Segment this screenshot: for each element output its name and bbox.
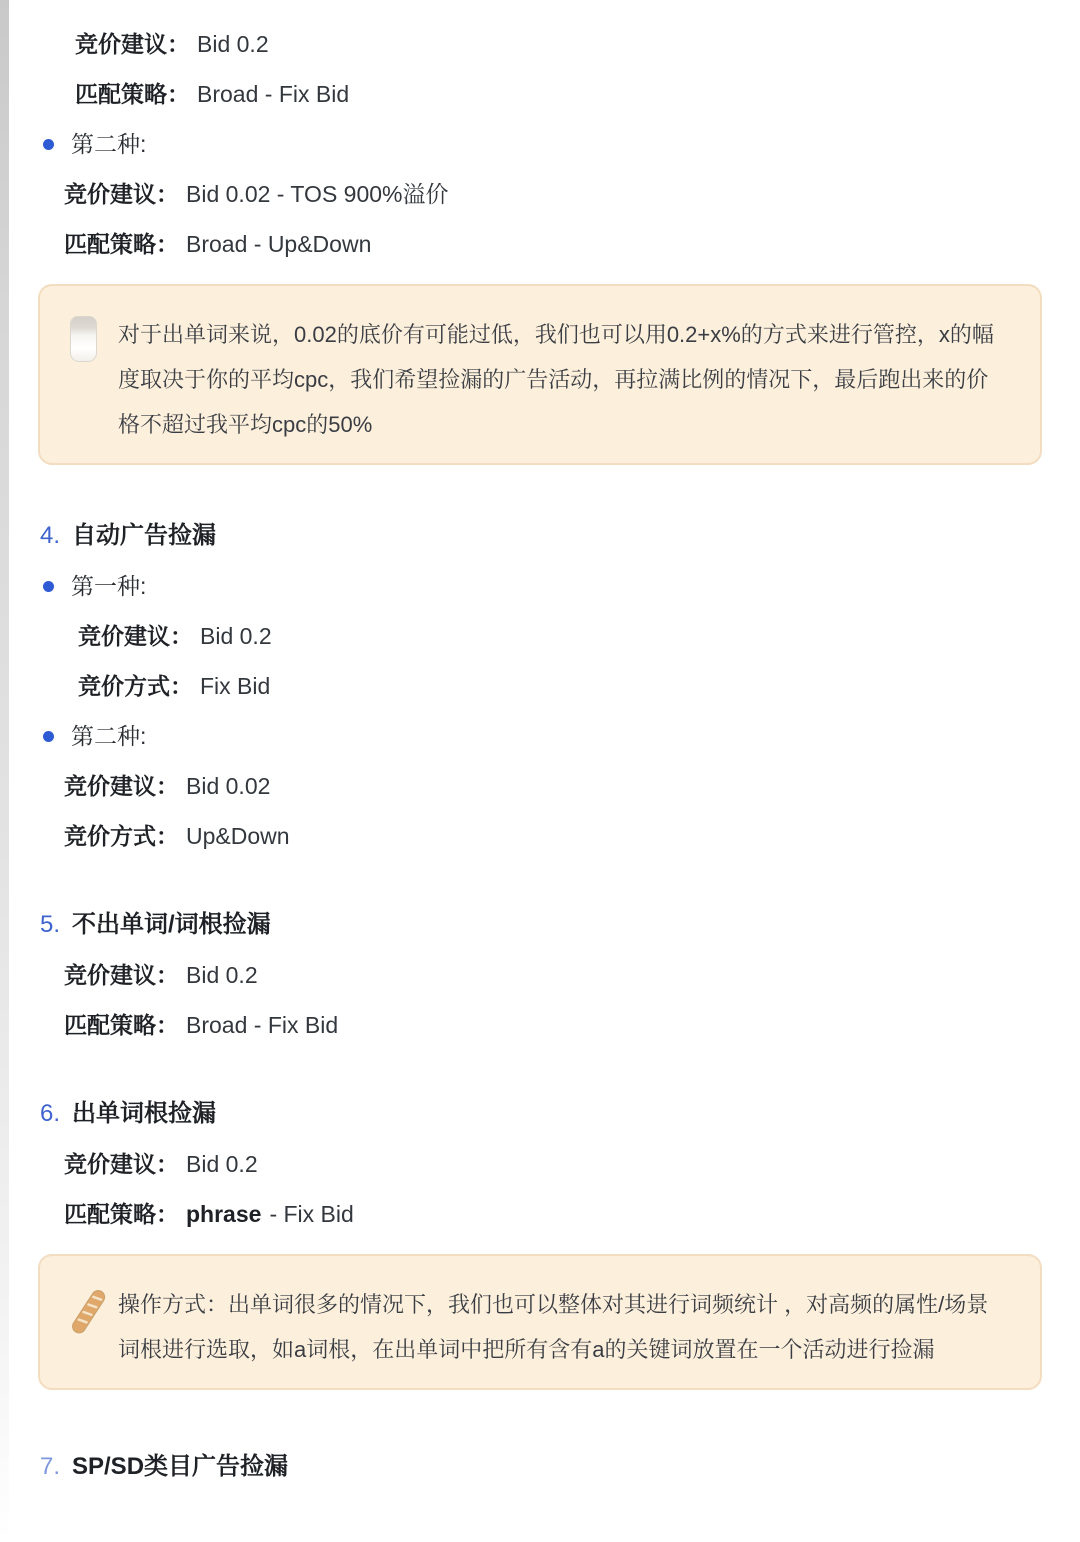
baguette-icon	[66, 1284, 112, 1340]
kv-line-bid-suggestion: 竞价建议：Bid 0.2	[64, 1150, 1080, 1178]
kv-value: Bid 0.2	[197, 31, 269, 57]
callout-note: 对于出单词来说，0.02的底价有可能过低，我们也可以用0.2+x%的方式来进行管…	[38, 284, 1042, 465]
kv-line-bid-suggestion: 竞价建议：Bid 0.2	[64, 961, 1080, 989]
list-title: 不出单词/词根捡漏	[72, 911, 271, 938]
list-title: SP/SD类目广告捡漏	[72, 1453, 288, 1480]
kv-value: Broad - Up&Down	[186, 231, 371, 257]
kv-label: 竞价建议：	[64, 773, 179, 799]
bullet-item-second-type: 第二种:	[43, 130, 1080, 158]
kv-line-match-strategy: 匹配策略：Broad - Fix Bid	[64, 1011, 1080, 1039]
kv-value: Bid 0.02	[186, 773, 270, 799]
bullet-item-first-type: 第一种:	[43, 572, 1080, 600]
callout-tip-text: 操作方式：出单词很多的情况下，我们也可以整体对其进行词频统计 ，对高频的属性/场…	[118, 1282, 1010, 1372]
kv-value: Up&Down	[186, 823, 290, 849]
kv-label: 竞价建议：	[64, 962, 179, 988]
document-content: 竞价建议：Bid 0.2 匹配策略：Broad - Fix Bid 第二种: 竞…	[0, 0, 1080, 1481]
kv-value: Fix Bid	[200, 673, 270, 699]
page-left-edge	[0, 0, 9, 1542]
callout-icon-wrap	[68, 1282, 118, 1340]
kv-line-match-strategy: 匹配策略：Broad - Fix Bid	[75, 80, 1080, 108]
kv-label: 竞价方式：	[78, 673, 193, 699]
list-item-7-heading: 7.SP/SD类目广告捡漏	[40, 1452, 1080, 1481]
list-number: 5.	[40, 910, 72, 939]
callout-tip: 操作方式：出单词很多的情况下，我们也可以整体对其进行词频统计 ，对高频的属性/场…	[38, 1254, 1042, 1390]
kv-label: 匹配策略：	[64, 1201, 179, 1227]
callout-note-text: 对于出单词来说，0.02的底价有可能过低，我们也可以用0.2+x%的方式来进行管…	[118, 312, 1010, 447]
list-item-4-heading: 4.自动广告捡漏	[40, 521, 1080, 550]
kv-value: Broad - Fix Bid	[186, 1012, 338, 1038]
kv-value-rest: - Fix Bid	[269, 1201, 353, 1227]
kv-value: Bid 0.02 - TOS 900%溢价	[186, 181, 449, 207]
kv-value-bold: phrase	[186, 1201, 261, 1227]
bullet-text: 第二种:	[71, 130, 146, 158]
kv-label: 匹配策略：	[64, 1012, 179, 1038]
kv-line-bid-suggestion: 竞价建议：Bid 0.02 - TOS 900%溢价	[64, 180, 1080, 208]
bullet-dot-icon	[43, 581, 54, 592]
kv-line-bid-method: 竞价方式：Up&Down	[64, 822, 1080, 850]
kv-value: Bid 0.2	[200, 623, 272, 649]
callout-icon-wrap	[68, 312, 118, 362]
list-number: 6.	[40, 1099, 72, 1128]
bullet-dot-icon	[43, 731, 54, 742]
kv-value: Broad - Fix Bid	[197, 81, 349, 107]
kv-line-match-strategy: 匹配策略：Broad - Up&Down	[64, 230, 1080, 258]
list-item-6-heading: 6.出单词根捡漏	[40, 1099, 1080, 1128]
kv-line-match-strategy: 匹配策略：phrase- Fix Bid	[64, 1200, 1080, 1228]
kv-label: 竞价建议：	[64, 1151, 179, 1177]
kv-line-bid-method: 竞价方式：Fix Bid	[78, 672, 1080, 700]
kv-line-bid-suggestion: 竞价建议：Bid 0.2	[75, 30, 1080, 58]
kv-label: 竞价建议：	[78, 623, 193, 649]
kv-label: 竞价建议：	[64, 181, 179, 207]
milk-glass-icon	[70, 316, 97, 362]
kv-label: 匹配策略：	[64, 231, 179, 257]
list-number: 4.	[40, 521, 72, 550]
bullet-dot-icon	[43, 139, 54, 150]
bullet-text: 第二种:	[71, 722, 146, 750]
kv-label: 竞价建议：	[75, 31, 190, 57]
list-title: 自动广告捡漏	[72, 522, 216, 549]
list-number: 7.	[40, 1452, 72, 1481]
kv-value: Bid 0.2	[186, 962, 258, 988]
kv-label: 匹配策略：	[75, 81, 190, 107]
kv-line-bid-suggestion: 竞价建议：Bid 0.02	[64, 772, 1080, 800]
bullet-text: 第一种:	[71, 572, 146, 600]
list-title: 出单词根捡漏	[72, 1100, 216, 1127]
kv-label: 竞价方式：	[64, 823, 179, 849]
list-item-5-heading: 5.不出单词/词根捡漏	[40, 910, 1080, 939]
kv-value: Bid 0.2	[186, 1151, 258, 1177]
kv-line-bid-suggestion: 竞价建议：Bid 0.2	[78, 622, 1080, 650]
bullet-item-second-type: 第二种:	[43, 722, 1080, 750]
